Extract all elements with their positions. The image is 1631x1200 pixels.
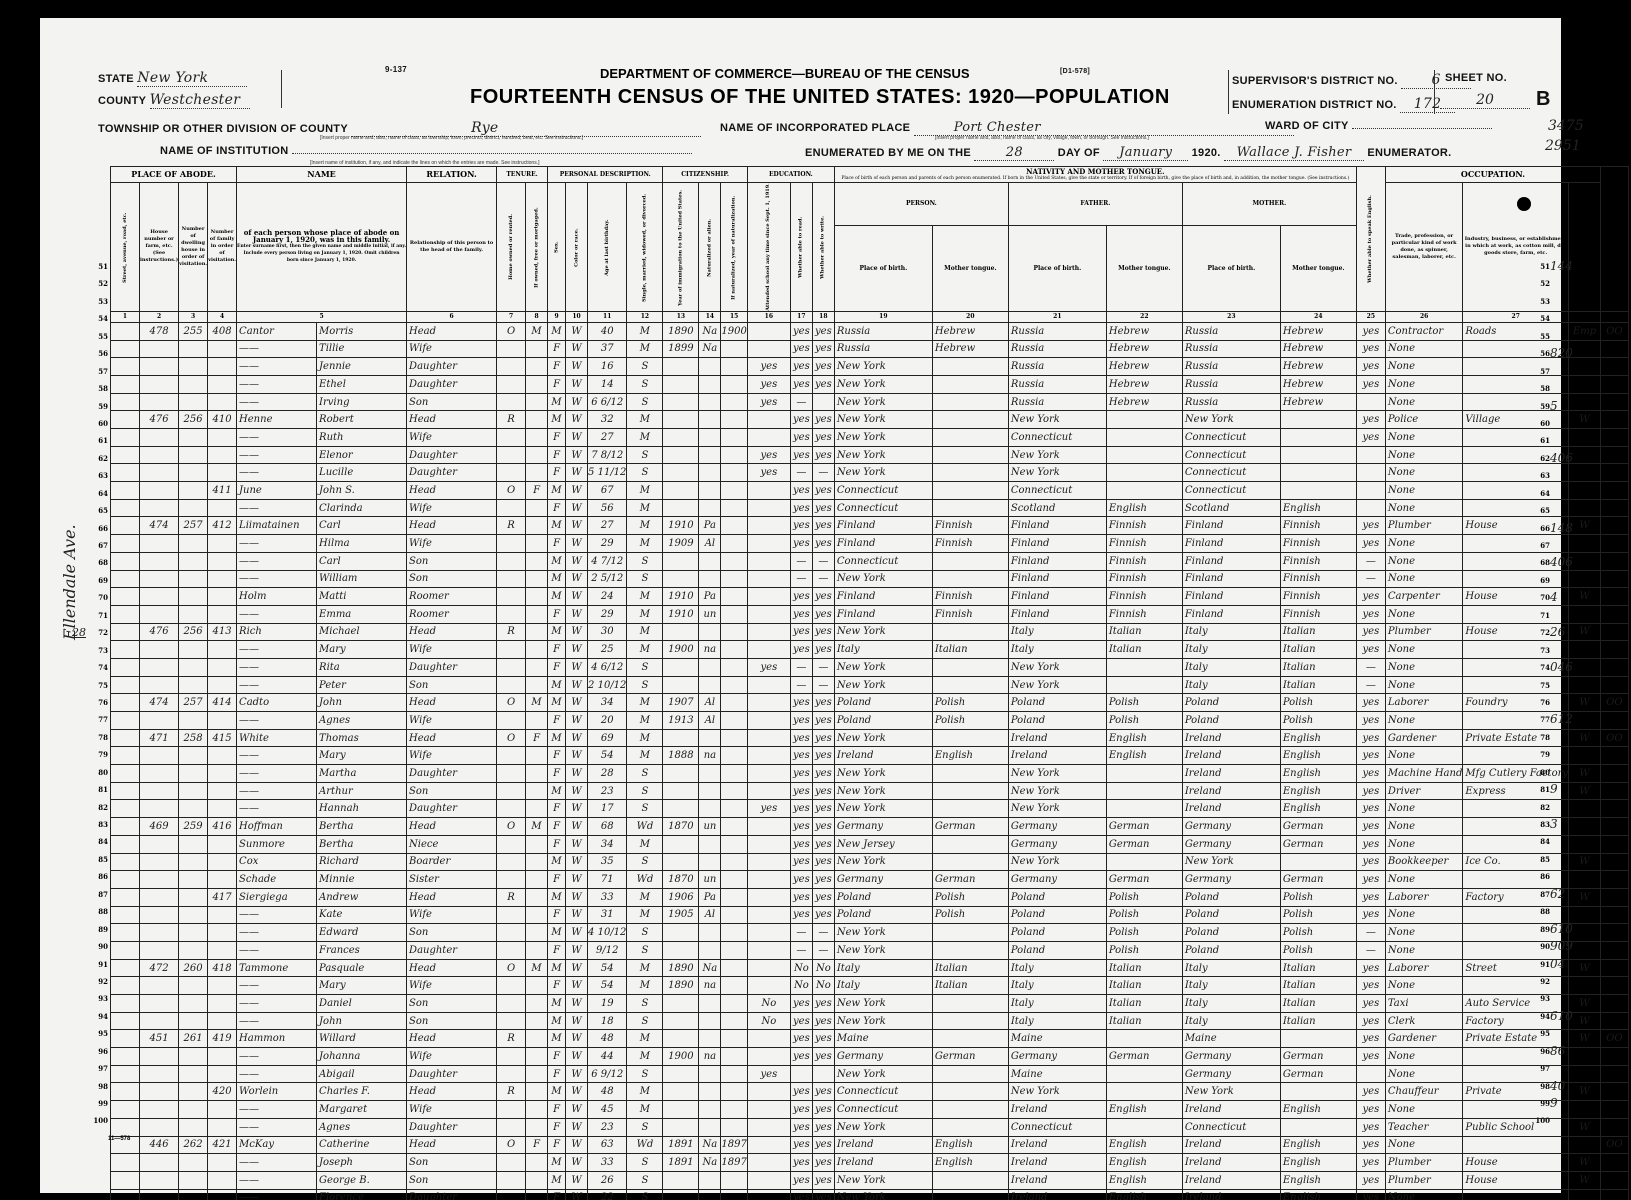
cell-mpob: Connecticut bbox=[1182, 429, 1280, 447]
cell-read: — bbox=[790, 464, 812, 482]
cell-owned bbox=[497, 340, 526, 358]
cell-house bbox=[140, 1012, 179, 1030]
cell-marital: S bbox=[627, 1154, 663, 1172]
cell-age: 34 bbox=[588, 694, 627, 712]
cell-immig bbox=[663, 853, 699, 871]
table-row: 476256413RichMichaelHeadRMW30MyesyesNew … bbox=[111, 623, 1629, 641]
group-personal: PERSONAL DESCRIPTION. bbox=[548, 167, 663, 183]
table-row: ——RuthWifeFW27MyesyesNew YorkConnecticut… bbox=[111, 429, 1629, 447]
column-number: 2 bbox=[140, 311, 179, 322]
cell-fpob: Germany bbox=[1008, 835, 1106, 853]
cell-street bbox=[111, 1012, 140, 1030]
form-code: [D1-578] bbox=[1060, 68, 1090, 75]
cell-mort bbox=[526, 1189, 548, 1200]
cell-mort bbox=[526, 995, 548, 1013]
cell-race: W bbox=[566, 729, 588, 747]
cell-age: 30 bbox=[588, 623, 627, 641]
cell-race: W bbox=[566, 358, 588, 376]
cell-mpob: Italy bbox=[1182, 676, 1280, 694]
cell-read: yes bbox=[790, 1012, 812, 1030]
col-father-mt: Mother tongue. bbox=[1106, 225, 1182, 311]
cell-mmt: Polish bbox=[1280, 694, 1356, 712]
cell-sex: M bbox=[548, 924, 566, 942]
cell-sex: F bbox=[548, 712, 566, 730]
cell-natyr bbox=[721, 1048, 747, 1066]
cell-eng: yes bbox=[1356, 1189, 1385, 1200]
cell-write: yes bbox=[812, 1118, 834, 1136]
cell-nat bbox=[699, 995, 721, 1013]
table-row: 471258415WhiteThomasHeadOFMW69MyesyesNew… bbox=[111, 729, 1629, 747]
cell-owned bbox=[497, 1012, 526, 1030]
cell-mort bbox=[526, 605, 548, 623]
cell-marital: S bbox=[627, 1012, 663, 1030]
cell-mpob: Italy bbox=[1182, 959, 1280, 977]
cell-natyr bbox=[721, 499, 747, 517]
cell-mmt: Finnish bbox=[1280, 517, 1356, 535]
cell-relation: Wife bbox=[407, 340, 497, 358]
cell-dwelling bbox=[179, 1154, 208, 1172]
cell-immig bbox=[663, 1030, 699, 1048]
cell-immig bbox=[663, 623, 699, 641]
cell-eng: — bbox=[1356, 658, 1385, 676]
cell-relation: Son bbox=[407, 393, 497, 411]
cell-marital: S bbox=[627, 782, 663, 800]
cell-emp bbox=[1569, 747, 1601, 765]
cell-mort bbox=[526, 1012, 548, 1030]
cell-mmt: English bbox=[1280, 747, 1356, 765]
cell-nat bbox=[699, 782, 721, 800]
cell-pob: Poland bbox=[834, 906, 932, 924]
cell-pob: New York bbox=[834, 570, 932, 588]
cell-immig: 1906 bbox=[663, 888, 699, 906]
cell-sex: F bbox=[548, 765, 566, 783]
cell-owned: O bbox=[497, 482, 526, 500]
cell-eng: yes bbox=[1356, 782, 1385, 800]
cell-read: — bbox=[790, 552, 812, 570]
cell-race: W bbox=[566, 1171, 588, 1189]
column-number: 25 bbox=[1356, 311, 1385, 322]
cell-surname: Cantor bbox=[237, 322, 317, 340]
cell-fmt bbox=[1106, 1065, 1182, 1083]
cell-emp: W bbox=[1569, 694, 1601, 712]
cell-industry bbox=[1463, 747, 1569, 765]
cell-street bbox=[111, 853, 140, 871]
cell-marital: S bbox=[627, 375, 663, 393]
cell-race: W bbox=[566, 712, 588, 730]
cell-surname: —— bbox=[237, 747, 317, 765]
cell-read bbox=[790, 1065, 812, 1083]
cell-fmt bbox=[1106, 1083, 1182, 1101]
cell-nat: na bbox=[699, 977, 721, 995]
cell-mpob: Russia bbox=[1182, 393, 1280, 411]
cell-age: 7 8/12 bbox=[588, 446, 627, 464]
cell-relation: Wife bbox=[407, 641, 497, 659]
cell-fpob: Poland bbox=[1008, 941, 1106, 959]
cell-mpob: Germany bbox=[1182, 1065, 1280, 1083]
cell-nat: un bbox=[699, 871, 721, 889]
cell-surname: —— bbox=[237, 658, 317, 676]
cell-fpob: Poland bbox=[1008, 712, 1106, 730]
cell-relation: Daughter bbox=[407, 800, 497, 818]
cell-nat: na bbox=[699, 1048, 721, 1066]
cell-sex: F bbox=[548, 340, 566, 358]
col-naturalization-year: If naturalized, year of naturalization. bbox=[721, 183, 747, 312]
cell-fpob: New York bbox=[1008, 782, 1106, 800]
cell-mort bbox=[526, 375, 548, 393]
cell-dwelling: 258 bbox=[179, 729, 208, 747]
cell-mort bbox=[526, 1171, 548, 1189]
cell-mmt: German bbox=[1280, 871, 1356, 889]
cell-surname: —— bbox=[237, 676, 317, 694]
cell-nat bbox=[699, 1012, 721, 1030]
cell-write: yes bbox=[812, 712, 834, 730]
cell-trade: Machine Hand bbox=[1385, 765, 1463, 783]
cell-farm: OO bbox=[1601, 729, 1629, 747]
cell-relation: Wife bbox=[407, 1101, 497, 1119]
cell-school bbox=[747, 482, 790, 500]
cell-given: Johanna bbox=[317, 1048, 407, 1066]
cell-owned: O bbox=[497, 694, 526, 712]
cell-age: 34 bbox=[588, 835, 627, 853]
cell-race: W bbox=[566, 1048, 588, 1066]
cell-trade: None bbox=[1385, 1048, 1463, 1066]
col-person-pob: Place of birth. bbox=[834, 225, 932, 311]
cell-mpob: Ireland bbox=[1182, 1101, 1280, 1119]
cell-eng: yes bbox=[1356, 977, 1385, 995]
cell-relation: Daughter bbox=[407, 1065, 497, 1083]
cell-fpob: Italy bbox=[1008, 995, 1106, 1013]
col-speak-english: Whether able to speak English. bbox=[1356, 167, 1385, 312]
cell-mort bbox=[526, 552, 548, 570]
cell-relation: Daughter bbox=[407, 658, 497, 676]
cell-emp: W bbox=[1569, 995, 1601, 1013]
cell-race: W bbox=[566, 1118, 588, 1136]
cell-sex: M bbox=[548, 623, 566, 641]
cell-street bbox=[111, 871, 140, 889]
cell-fmt: Italian bbox=[1106, 959, 1182, 977]
cell-sex: F bbox=[548, 800, 566, 818]
cell-nat: Na bbox=[699, 1136, 721, 1154]
cell-industry: Mfg Cutlery Factory bbox=[1463, 765, 1569, 783]
cell-fpob: Poland bbox=[1008, 906, 1106, 924]
cell-mmt: English bbox=[1280, 782, 1356, 800]
cell-dwelling bbox=[179, 941, 208, 959]
col-employer: Employer, salary or wage worker, or work… bbox=[1569, 183, 1601, 312]
cell-trade: Laborer bbox=[1385, 888, 1463, 906]
cell-sex: F bbox=[548, 941, 566, 959]
cell-mt bbox=[932, 995, 1008, 1013]
cell-house bbox=[140, 393, 179, 411]
cell-farm bbox=[1601, 499, 1629, 517]
cell-given: Morris bbox=[317, 322, 407, 340]
cell-family bbox=[208, 429, 237, 447]
cell-nat: Pa bbox=[699, 517, 721, 535]
cell-mort bbox=[526, 800, 548, 818]
cell-marital: M bbox=[627, 535, 663, 553]
line-number: 76 bbox=[92, 694, 108, 711]
cell-given: Tillie bbox=[317, 340, 407, 358]
cell-industry: Private Estate bbox=[1463, 729, 1569, 747]
cell-write: yes bbox=[812, 322, 834, 340]
cell-given: George B. bbox=[317, 1171, 407, 1189]
cell-relation: Boarder bbox=[407, 853, 497, 871]
cell-sex: F bbox=[548, 446, 566, 464]
cell-fmt bbox=[1106, 446, 1182, 464]
cell-school bbox=[747, 747, 790, 765]
col-relation: Relationship of this person to the head … bbox=[407, 183, 497, 312]
enumerator-name: Wallace J. Fisher bbox=[1224, 145, 1364, 161]
cell-age: 29 bbox=[588, 605, 627, 623]
cell-trade: Gardener bbox=[1385, 729, 1463, 747]
cell-industry bbox=[1463, 535, 1569, 553]
cell-relation: Head bbox=[407, 411, 497, 429]
cell-mt: Hebrew bbox=[932, 340, 1008, 358]
cell-age: 56 bbox=[588, 499, 627, 517]
cell-house bbox=[140, 747, 179, 765]
group-relation: RELATION. bbox=[407, 167, 497, 183]
cell-pob: New York bbox=[834, 941, 932, 959]
cell-mmt: Italian bbox=[1280, 676, 1356, 694]
cell-write: yes bbox=[812, 1083, 834, 1101]
cell-mort bbox=[526, 517, 548, 535]
cell-read: yes bbox=[790, 482, 812, 500]
cell-sex: M bbox=[548, 322, 566, 340]
cell-age: 26 bbox=[588, 1171, 627, 1189]
cell-immig bbox=[663, 782, 699, 800]
cell-mpob: Ireland bbox=[1182, 1136, 1280, 1154]
line-number: 60 bbox=[92, 415, 108, 432]
cell-read: yes bbox=[790, 853, 812, 871]
cell-fpob: Finland bbox=[1008, 517, 1106, 535]
cell-nat bbox=[699, 1101, 721, 1119]
cell-mort bbox=[526, 1154, 548, 1172]
cell-street bbox=[111, 570, 140, 588]
cell-eng: yes bbox=[1356, 747, 1385, 765]
cell-house bbox=[140, 977, 179, 995]
cell-immig bbox=[663, 835, 699, 853]
cell-house: 476 bbox=[140, 411, 179, 429]
cell-owned bbox=[497, 1171, 526, 1189]
cell-given: Ruth bbox=[317, 429, 407, 447]
cell-farm bbox=[1601, 393, 1629, 411]
cell-mmt: English bbox=[1280, 1101, 1356, 1119]
cell-write: yes bbox=[812, 499, 834, 517]
cell-emp: W bbox=[1569, 853, 1601, 871]
column-number: 5 bbox=[237, 311, 407, 322]
cell-emp bbox=[1569, 712, 1601, 730]
cell-immig: 1870 bbox=[663, 871, 699, 889]
cell-age: 6 9/12 bbox=[588, 1065, 627, 1083]
cell-mpob: Connecticut bbox=[1182, 464, 1280, 482]
line-number: 82 bbox=[92, 799, 108, 816]
cell-race: W bbox=[566, 535, 588, 553]
cell-house bbox=[140, 853, 179, 871]
cell-relation: Head bbox=[407, 959, 497, 977]
cell-industry: Factory bbox=[1463, 1012, 1569, 1030]
cell-mort bbox=[526, 924, 548, 942]
cell-immig bbox=[663, 658, 699, 676]
cell-relation: Wife bbox=[407, 535, 497, 553]
cell-given: Willard bbox=[317, 1030, 407, 1048]
cell-mort bbox=[526, 411, 548, 429]
cell-write: yes bbox=[812, 835, 834, 853]
cell-read: yes bbox=[790, 1083, 812, 1101]
cell-school bbox=[747, 605, 790, 623]
cell-fpob: Maine bbox=[1008, 1030, 1106, 1048]
cell-fmt: English bbox=[1106, 1189, 1182, 1200]
cell-farm bbox=[1601, 941, 1629, 959]
cell-mmt: Finnish bbox=[1280, 588, 1356, 606]
cell-surname: —— bbox=[237, 924, 317, 942]
cell-industry bbox=[1463, 393, 1569, 411]
cell-family: 411 bbox=[208, 482, 237, 500]
cell-farm bbox=[1601, 375, 1629, 393]
cell-relation: Daughter bbox=[407, 375, 497, 393]
cell-school bbox=[747, 694, 790, 712]
group-education: EDUCATION. bbox=[747, 167, 834, 183]
cell-age: 29 bbox=[588, 535, 627, 553]
cell-fmt: Hebrew bbox=[1106, 340, 1182, 358]
cell-immig bbox=[663, 1012, 699, 1030]
cell-house bbox=[140, 1101, 179, 1119]
cell-eng: yes bbox=[1356, 1012, 1385, 1030]
cell-pob: New Jersey bbox=[834, 835, 932, 853]
cell-farm bbox=[1601, 552, 1629, 570]
cell-natyr bbox=[721, 694, 747, 712]
cell-marital: S bbox=[627, 446, 663, 464]
cell-street bbox=[111, 340, 140, 358]
cell-immig bbox=[663, 1189, 699, 1200]
cell-family bbox=[208, 977, 237, 995]
cell-fmt: German bbox=[1106, 835, 1182, 853]
col-naturalized: Naturalized or alien. bbox=[699, 183, 721, 312]
cell-age: 48 bbox=[588, 1083, 627, 1101]
cell-mpob: Poland bbox=[1182, 888, 1280, 906]
sheet-side: B bbox=[1536, 88, 1551, 111]
cell-surname: —— bbox=[237, 641, 317, 659]
cell-age: 44 bbox=[588, 1048, 627, 1066]
cell-mpob: Poland bbox=[1182, 941, 1280, 959]
cell-mort bbox=[526, 888, 548, 906]
cell-age: 27 bbox=[588, 429, 627, 447]
cell-race: W bbox=[566, 393, 588, 411]
cell-trade: None bbox=[1385, 393, 1463, 411]
col-mother-mt: Mother tongue. bbox=[1280, 225, 1356, 311]
cell-mpob: Russia bbox=[1182, 375, 1280, 393]
line-number: 74 bbox=[92, 659, 108, 676]
cell-natyr bbox=[721, 482, 747, 500]
cell-fmt: Finnish bbox=[1106, 605, 1182, 623]
col-marital: Single, married, widowed, or divorced. bbox=[627, 183, 663, 312]
cell-owned bbox=[497, 853, 526, 871]
cell-fmt bbox=[1106, 429, 1182, 447]
cell-relation: Son bbox=[407, 676, 497, 694]
cell-fpob: Italy bbox=[1008, 641, 1106, 659]
cell-pob: New York bbox=[834, 676, 932, 694]
cell-trade: None bbox=[1385, 712, 1463, 730]
cell-pob: New York bbox=[834, 411, 932, 429]
cell-dwelling bbox=[179, 712, 208, 730]
cell-street bbox=[111, 482, 140, 500]
cell-fmt: Finnish bbox=[1106, 535, 1182, 553]
cell-industry bbox=[1463, 1136, 1569, 1154]
cell-sex: F bbox=[548, 499, 566, 517]
cell-family bbox=[208, 995, 237, 1013]
cell-marital: M bbox=[627, 482, 663, 500]
cell-natyr bbox=[721, 853, 747, 871]
cell-immig bbox=[663, 924, 699, 942]
cell-family: 413 bbox=[208, 623, 237, 641]
cell-school bbox=[747, 765, 790, 783]
cell-race: W bbox=[566, 658, 588, 676]
cell-pob: Finland bbox=[834, 517, 932, 535]
cell-read: yes bbox=[790, 375, 812, 393]
cell-dwelling bbox=[179, 747, 208, 765]
cell-pob: Connecticut bbox=[834, 1101, 932, 1119]
cell-mmt bbox=[1280, 411, 1356, 429]
cell-sex: F bbox=[548, 1048, 566, 1066]
cell-read: No bbox=[790, 977, 812, 995]
cell-dwelling bbox=[179, 888, 208, 906]
cell-race: W bbox=[566, 482, 588, 500]
cell-mt: German bbox=[932, 1048, 1008, 1066]
cell-pob: New York bbox=[834, 782, 932, 800]
cell-eng bbox=[1356, 482, 1385, 500]
cell-trade: None bbox=[1385, 818, 1463, 836]
cell-immig: 1900 bbox=[663, 1048, 699, 1066]
cell-dwelling: 256 bbox=[179, 411, 208, 429]
cell-surname: Schade bbox=[237, 871, 317, 889]
cell-emp: W bbox=[1569, 888, 1601, 906]
cell-farm bbox=[1601, 605, 1629, 623]
cell-marital: M bbox=[627, 906, 663, 924]
col-trade: Trade, profession, or particular kind of… bbox=[1385, 183, 1463, 312]
cell-fpob: Scotland bbox=[1008, 499, 1106, 517]
cell-age: 54 bbox=[588, 747, 627, 765]
department-title: DEPARTMENT OF COMMERCE—BUREAU OF THE CEN… bbox=[600, 66, 970, 81]
cell-mpob: Russia bbox=[1182, 340, 1280, 358]
cell-natyr bbox=[721, 747, 747, 765]
cell-mort bbox=[526, 393, 548, 411]
cell-natyr bbox=[721, 800, 747, 818]
cell-dwelling bbox=[179, 464, 208, 482]
cell-fmt: Italian bbox=[1106, 641, 1182, 659]
cell-immig: 1910 bbox=[663, 605, 699, 623]
cell-mt: Finnish bbox=[932, 517, 1008, 535]
cell-mort bbox=[526, 676, 548, 694]
group-name: NAME bbox=[237, 167, 407, 183]
cell-owned bbox=[497, 1118, 526, 1136]
cell-house: 469 bbox=[140, 818, 179, 836]
cell-age: 68 bbox=[588, 818, 627, 836]
cell-fpob: Ireland bbox=[1008, 1154, 1106, 1172]
cell-sex: F bbox=[548, 977, 566, 995]
cell-trade: None bbox=[1385, 641, 1463, 659]
cell-race: W bbox=[566, 835, 588, 853]
cell-school bbox=[747, 588, 790, 606]
cell-emp bbox=[1569, 1189, 1601, 1200]
cell-mpob: Ireland bbox=[1182, 1189, 1280, 1200]
cell-relation: Son bbox=[407, 1012, 497, 1030]
cell-street bbox=[111, 393, 140, 411]
cell-mort bbox=[526, 1065, 548, 1083]
cell-given: Charles F. bbox=[317, 1083, 407, 1101]
cell-mmt bbox=[1280, 1030, 1356, 1048]
cell-pob: Italy bbox=[834, 959, 932, 977]
cell-family bbox=[208, 1154, 237, 1172]
cell-farm bbox=[1601, 959, 1629, 977]
bracket bbox=[1228, 70, 1231, 114]
